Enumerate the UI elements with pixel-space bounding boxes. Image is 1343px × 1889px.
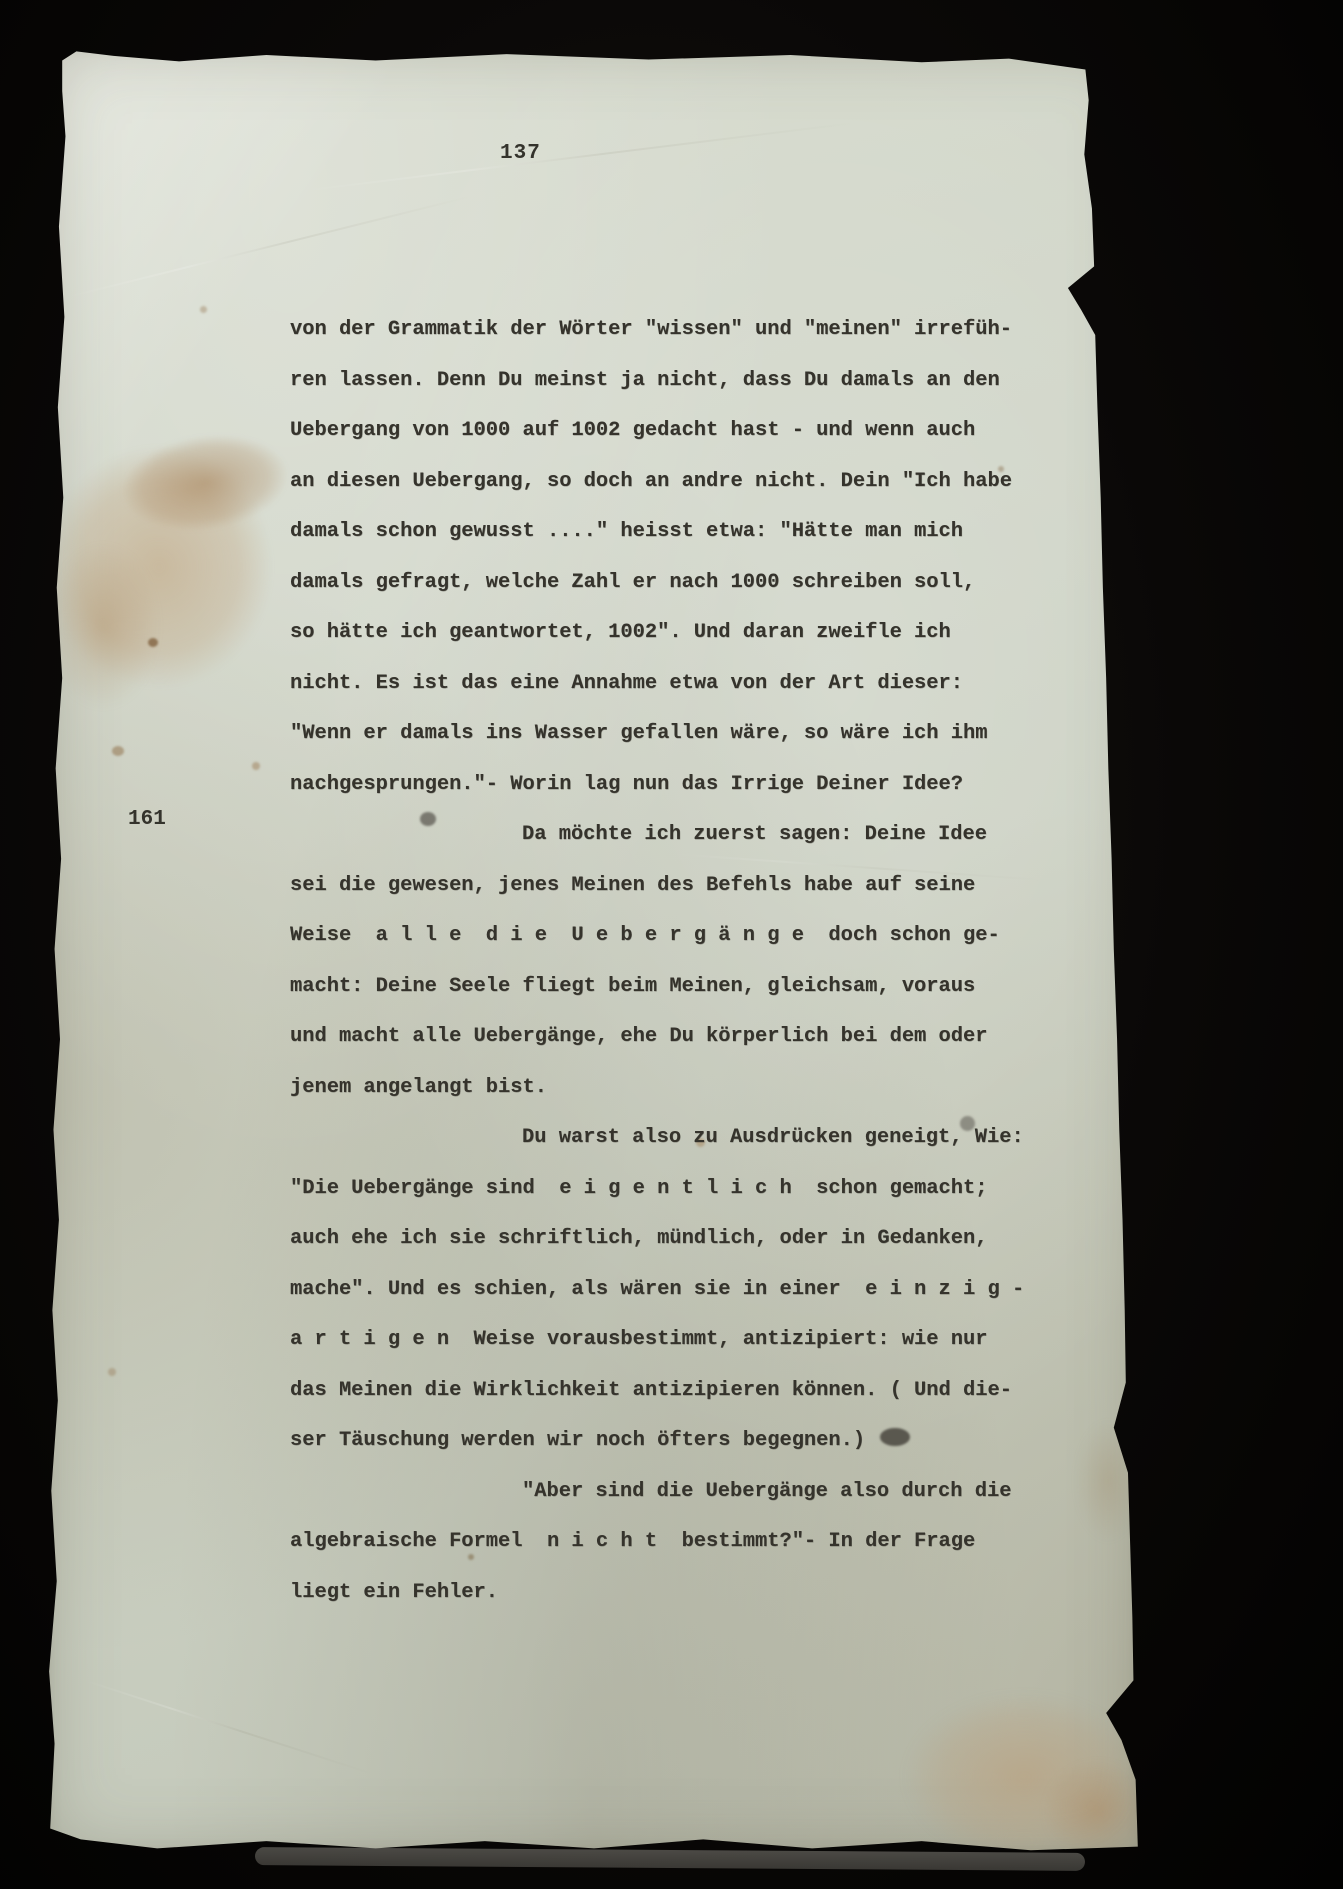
- stain: [28, 516, 178, 736]
- text-line: an diesen Uebergang, so doch an andre ni…: [290, 457, 1070, 508]
- paper-crease: [300, 122, 856, 192]
- text-line: mache". Und es schien, als wären sie in …: [290, 1265, 1070, 1316]
- text-line: liegt ein Fehler.: [290, 1568, 1070, 1619]
- text-line: von der Grammatik der Wörter "wissen" un…: [290, 305, 1070, 356]
- text-line: das Meinen die Wirklichkeit antizipieren…: [290, 1366, 1070, 1417]
- speck: [252, 762, 260, 770]
- text-line: "Die Uebergänge sind e i g e n t l i c h…: [290, 1164, 1070, 1215]
- text-block: von der Grammatik der Wörter "wissen" un…: [290, 305, 1070, 1618]
- text-line: nicht. Es ist das eine Annahme etwa von …: [290, 659, 1070, 710]
- text-line: nachgesprungen."- Worin lag nun das Irri…: [290, 760, 1070, 811]
- text-line: sei die gewesen, jenes Meinen des Befehl…: [290, 861, 1070, 912]
- text-line: und macht alle Uebergänge, ehe Du körper…: [290, 1012, 1070, 1063]
- text-line: Da möchte ich zuerst sagen: Deine Idee: [290, 810, 1070, 861]
- text-line: Weise a l l e d i e U e b e r g ä n g e …: [290, 911, 1070, 962]
- text-line: ser Täuschung werden wir noch öfters beg…: [290, 1416, 1070, 1467]
- paper-crease: [64, 195, 472, 299]
- speck: [112, 746, 124, 756]
- text-line: auch ehe ich sie schriftlich, mündlich, …: [290, 1214, 1070, 1265]
- text-line: ren lassen. Denn Du meinst ja nicht, das…: [290, 356, 1070, 407]
- photo-background: 137 161 von der Grammatik der Wörter "wi…: [0, 0, 1343, 1889]
- text-line: damals schon gewusst ...." heisst etwa: …: [290, 507, 1070, 558]
- stain: [14, 412, 304, 722]
- text-line: Uebergang von 1000 auf 1002 gedacht hast…: [290, 406, 1070, 457]
- speck: [200, 306, 207, 313]
- stain: [1068, 1406, 1148, 1556]
- text-line: a r t i g e n Weise vorausbestimmt, anti…: [290, 1315, 1070, 1366]
- text-line: "Aber sind die Uebergänge also durch die: [290, 1467, 1070, 1518]
- margin-number: 161: [128, 808, 166, 831]
- page-number: 137: [500, 142, 541, 165]
- underlying-page-edge: [255, 1847, 1085, 1871]
- stain: [874, 1672, 1174, 1882]
- text-line: so hätte ich geantwortet, 1002". Und dar…: [290, 608, 1070, 659]
- speck: [108, 1368, 116, 1376]
- text-line: jenem angelangt bist.: [290, 1063, 1070, 1114]
- text-line: macht: Deine Seele fliegt beim Meinen, g…: [290, 962, 1070, 1013]
- text-line: algebraische Formel n i c h t bestimmt?"…: [290, 1517, 1070, 1568]
- stain: [93, 410, 317, 556]
- text-line: Du warst also zu Ausdrücken geneigt, Wie…: [290, 1113, 1070, 1164]
- paper-crease: [85, 1680, 371, 1775]
- typescript-page: 137 161 von der Grammatik der Wörter "wi…: [48, 46, 1140, 1852]
- text-line: "Wenn er damals ins Wasser gefallen wäre…: [290, 709, 1070, 760]
- text-line: damals gefragt, welche Zahl er nach 1000…: [290, 558, 1070, 609]
- speck: [148, 638, 158, 647]
